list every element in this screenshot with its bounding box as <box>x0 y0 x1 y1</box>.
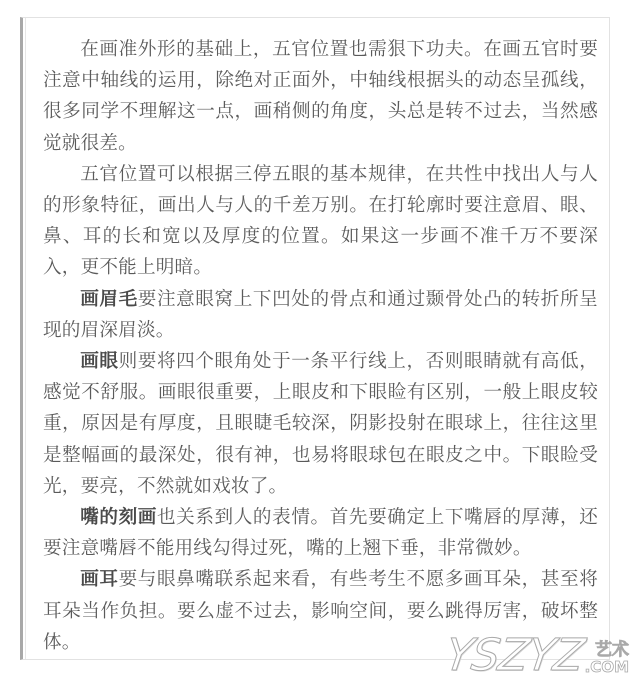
paragraph-bold-lead: 嘴的刻画 <box>80 507 157 528</box>
paragraph-facial-features-position: 在画准外形的基础上，五官位置也需狠下功夫。在画五官时要注意中轴线的运用，除绝对正… <box>43 34 598 159</box>
paragraph-eyes: 画眼则要将四个眼角处于一条平行线上，否则眼睛就有高低，感觉不舒服。画眼很重要，上… <box>43 346 598 502</box>
paragraph-eyebrows: 画眉毛要注意眼窝上下凹处的骨点和通过颞骨处凸的转折所呈现的眉深眉淡。 <box>43 284 598 346</box>
watermark-domain-suffix: .COM <box>585 659 629 676</box>
paragraph-text: 五官位置可以根据三停五眼的基本规律，在共性中找出人与人的形象特征，画出人与人的千… <box>43 164 598 279</box>
paragraph-mouth: 嘴的刻画也关系到人的表情。首先要确定上下嘴唇的厚薄，还要注意嘴唇不能用线勾得过死… <box>43 502 598 564</box>
paragraph-bold-lead: 画眉毛 <box>80 289 138 310</box>
paragraph-text: 在画准外形的基础上，五官位置也需狠下功夫。在画五官时要注意中轴线的运用，除绝对正… <box>43 39 598 154</box>
paragraph-ears: 画耳要与眼鼻嘴联系起来看，有些考生不愿多画耳朵，甚至将耳朵当作负担。要么虚不过去… <box>43 564 598 658</box>
paragraph-bold-lead: 画眼 <box>80 351 118 372</box>
article-quote-box: 在画准外形的基础上，五官位置也需狠下功夫。在画五官时要注意中轴线的运用，除绝对正… <box>20 17 610 660</box>
paragraph-text: 要与眼鼻嘴联系起来看，有些考生不愿多画耳朵，甚至将耳朵当作负担。要么虚不过去，影… <box>43 569 598 652</box>
paragraph-text: 则要将四个眼角处于一条平行线上，否则眼睛就有高低，感觉不舒服。画眼很重要，上眼皮… <box>43 351 598 497</box>
paragraph-three-courts-five-eyes: 五官位置可以根据三停五眼的基本规律，在共性中找出人与人的形象特征，画出人与人的千… <box>43 159 598 284</box>
paragraph-bold-lead: 画耳 <box>80 569 118 590</box>
article-content: 在画准外形的基础上，五官位置也需狠下功夫。在画五官时要注意中轴线的运用，除绝对正… <box>43 34 598 658</box>
